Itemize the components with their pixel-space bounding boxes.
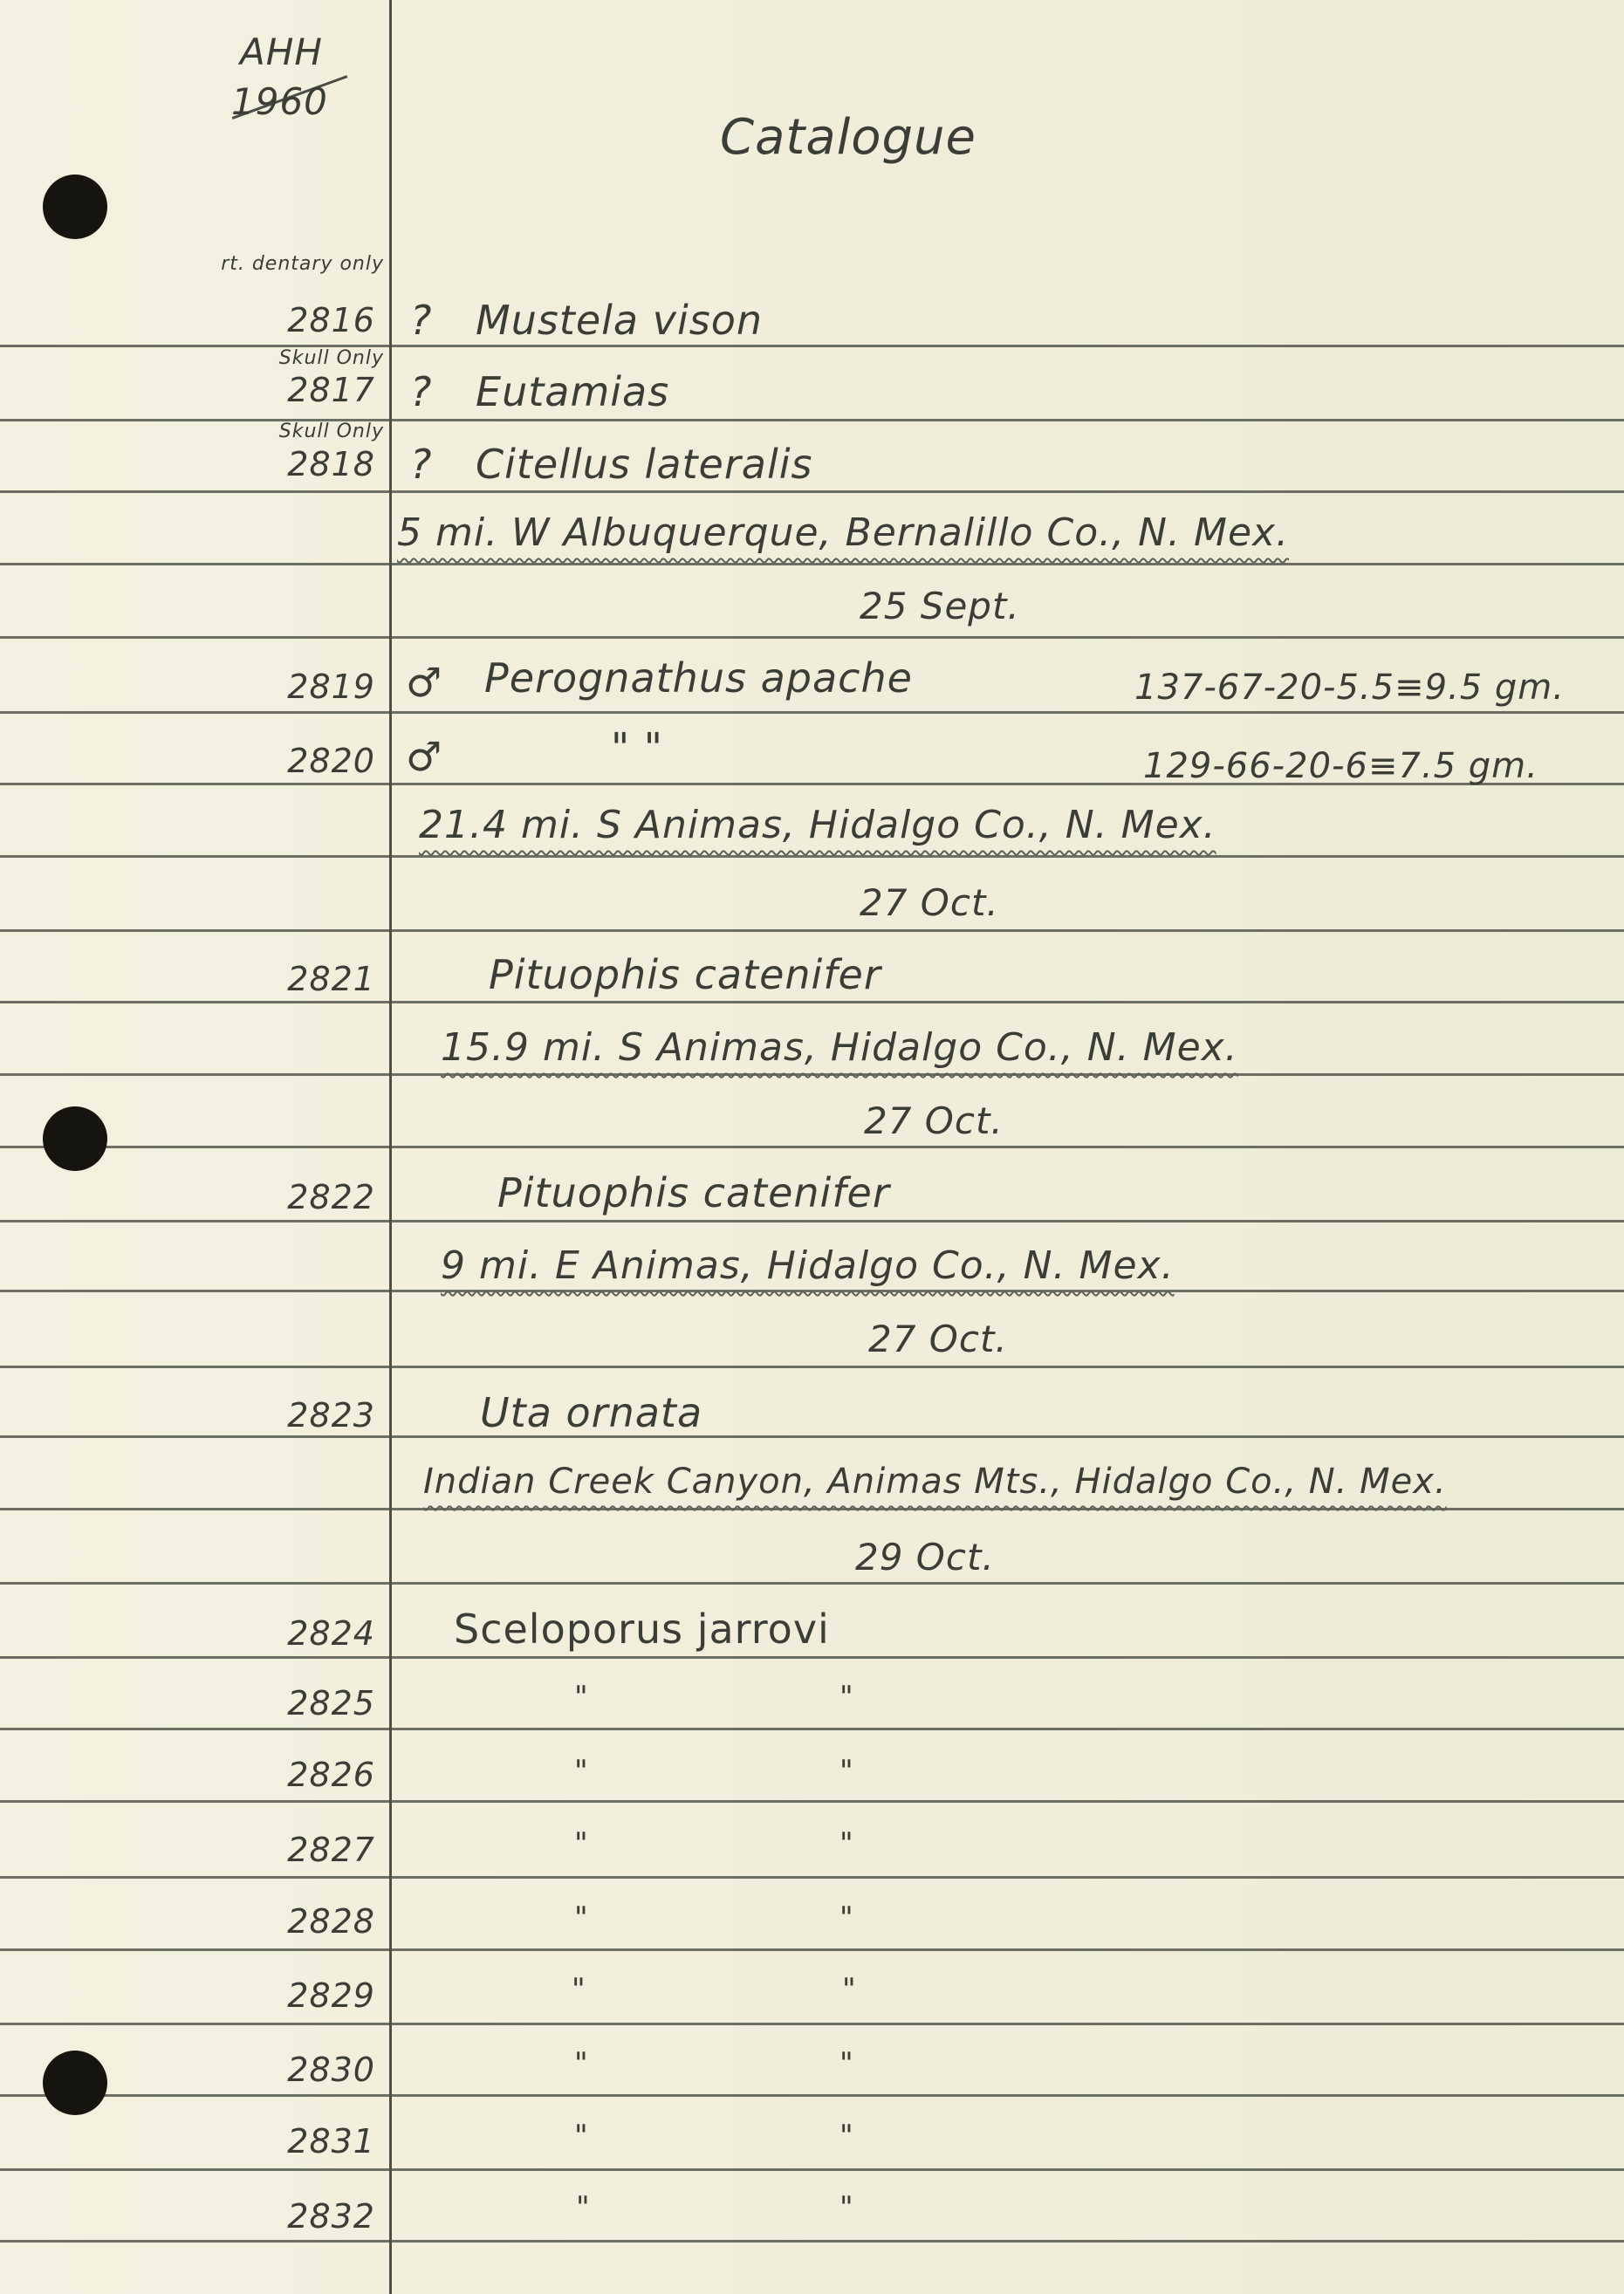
ditto-species: " " bbox=[611, 724, 663, 771]
catalogue-number: 2820 bbox=[209, 742, 375, 780]
catalogue-number: 2822 bbox=[209, 1178, 375, 1216]
ditto-species: " bbox=[839, 2046, 854, 2081]
species-name: Pituophis catenifer bbox=[489, 951, 881, 998]
collection-date: 25 Sept. bbox=[860, 585, 1020, 627]
ditto-species: " bbox=[839, 2119, 854, 2154]
sex-male-icon: ♂ bbox=[406, 659, 442, 706]
uncertain-mark: ? bbox=[410, 368, 432, 415]
ruled-line bbox=[0, 1508, 1624, 1510]
ruled-line bbox=[0, 1290, 1624, 1292]
measurements: 129-66-20-6≡7.5 gm. bbox=[1143, 746, 1538, 786]
ruled-line bbox=[0, 1656, 1624, 1659]
ruled-line bbox=[0, 1800, 1624, 1803]
ditto-genus: " bbox=[576, 2190, 591, 2225]
ruled-line bbox=[0, 490, 1624, 493]
ditto-species: " bbox=[839, 2190, 854, 2225]
ruled-line bbox=[0, 1582, 1624, 1585]
collection-date: 27 Oct. bbox=[860, 881, 999, 924]
ditto-genus: " bbox=[574, 1826, 589, 1861]
catalogue-page: AHH 1960 Catalogue rt. dentary only 2816… bbox=[0, 0, 1624, 2294]
punch-hole bbox=[43, 1106, 107, 1171]
entry-note: rt. dentary only bbox=[192, 253, 384, 275]
species-name: Pituophis catenifer bbox=[497, 1169, 890, 1216]
ditto-genus: " bbox=[574, 2119, 589, 2154]
catalogue-number: 2821 bbox=[209, 960, 375, 998]
ruled-line bbox=[0, 1876, 1624, 1879]
header-year: 1960 bbox=[231, 80, 328, 123]
catalogue-number: 2830 bbox=[209, 2051, 375, 2089]
locality-text: 21.4 mi. S Animas, Hidalgo Co., N. Mex. bbox=[419, 803, 1216, 847]
species-name: Sceloporus jarrovi bbox=[454, 1606, 830, 1653]
catalogue-number: 2816 bbox=[209, 301, 375, 339]
ruled-line bbox=[0, 855, 1624, 858]
ruled-line bbox=[0, 563, 1624, 565]
ditto-genus: " bbox=[574, 2046, 589, 2081]
catalogue-number: 2831 bbox=[209, 2122, 375, 2160]
sex-male-icon: ♂ bbox=[406, 733, 442, 780]
catalogue-number: 2832 bbox=[209, 2197, 375, 2236]
locality-text: 9 mi. E Animas, Hidalgo Co., N. Mex. bbox=[441, 1243, 1175, 1288]
species-name: Perognathus apache bbox=[484, 654, 913, 702]
ruled-line bbox=[0, 2023, 1624, 2025]
measurements: 137-67-20-5.5≡9.5 gm. bbox=[1134, 668, 1565, 708]
ruled-line bbox=[0, 1073, 1624, 1076]
ditto-species: " bbox=[842, 1972, 857, 2007]
catalogue-number: 2829 bbox=[209, 1976, 375, 2015]
species-name: Citellus lateralis bbox=[476, 441, 812, 488]
catalogue-number: 2818 bbox=[209, 445, 375, 483]
species-name: Eutamias bbox=[476, 368, 669, 415]
ditto-species: " bbox=[839, 1900, 854, 1935]
ruled-line bbox=[0, 1435, 1624, 1438]
ruled-line bbox=[0, 711, 1624, 714]
ditto-species: " bbox=[839, 1754, 854, 1789]
catalogue-number: 2827 bbox=[209, 1831, 375, 1869]
entry-note: Skull Only bbox=[192, 421, 384, 442]
uncertain-mark: ? bbox=[410, 297, 432, 344]
ruled-line bbox=[0, 929, 1624, 932]
locality-text: 5 mi. W Albuquerque, Bernalillo Co., N. … bbox=[397, 510, 1289, 555]
ruled-line bbox=[0, 636, 1624, 639]
ditto-genus: " bbox=[574, 1754, 589, 1789]
ruled-line bbox=[0, 1728, 1624, 1730]
ruled-line bbox=[0, 2094, 1624, 2097]
catalogue-number: 2823 bbox=[209, 1396, 375, 1435]
catalogue-number: 2819 bbox=[209, 668, 375, 706]
collection-date: 27 Oct. bbox=[868, 1318, 1008, 1360]
collection-date: 27 Oct. bbox=[864, 1099, 1004, 1142]
uncertain-mark: ? bbox=[410, 441, 432, 488]
catalogue-number: 2824 bbox=[209, 1614, 375, 1653]
ditto-species: " bbox=[839, 1680, 854, 1715]
punch-hole bbox=[43, 2051, 107, 2115]
species-name: Uta ornata bbox=[480, 1389, 702, 1436]
locality-text: 15.9 mi. S Animas, Hidalgo Co., N. Mex. bbox=[441, 1025, 1238, 1070]
ditto-genus: " bbox=[572, 1972, 586, 2007]
catalogue-number: 2817 bbox=[209, 371, 375, 409]
catalogue-number: 2825 bbox=[209, 1684, 375, 1722]
catalogue-number: 2828 bbox=[209, 1902, 375, 1941]
ruled-line bbox=[0, 1220, 1624, 1222]
locality-text: Indian Creek Canyon, Animas Mts., Hidalg… bbox=[423, 1462, 1447, 1502]
entry-note: Skull Only bbox=[192, 347, 384, 369]
margin-line bbox=[389, 0, 392, 2294]
ruled-line bbox=[0, 1948, 1624, 1951]
ruled-line bbox=[0, 2168, 1624, 2171]
header-initials: AHH bbox=[240, 31, 323, 73]
ditto-species: " bbox=[839, 1826, 854, 1861]
ruled-line bbox=[0, 1146, 1624, 1148]
collection-date: 29 Oct. bbox=[855, 1536, 995, 1578]
ruled-line bbox=[0, 1001, 1624, 1003]
punch-hole bbox=[43, 175, 107, 239]
ditto-genus: " bbox=[574, 1900, 589, 1935]
ruled-line bbox=[0, 1366, 1624, 1368]
catalogue-number: 2826 bbox=[209, 1756, 375, 1794]
ruled-line bbox=[0, 2240, 1624, 2243]
page-title: Catalogue bbox=[720, 109, 976, 166]
species-name: Mustela vison bbox=[476, 297, 763, 344]
ditto-genus: " bbox=[574, 1680, 589, 1715]
